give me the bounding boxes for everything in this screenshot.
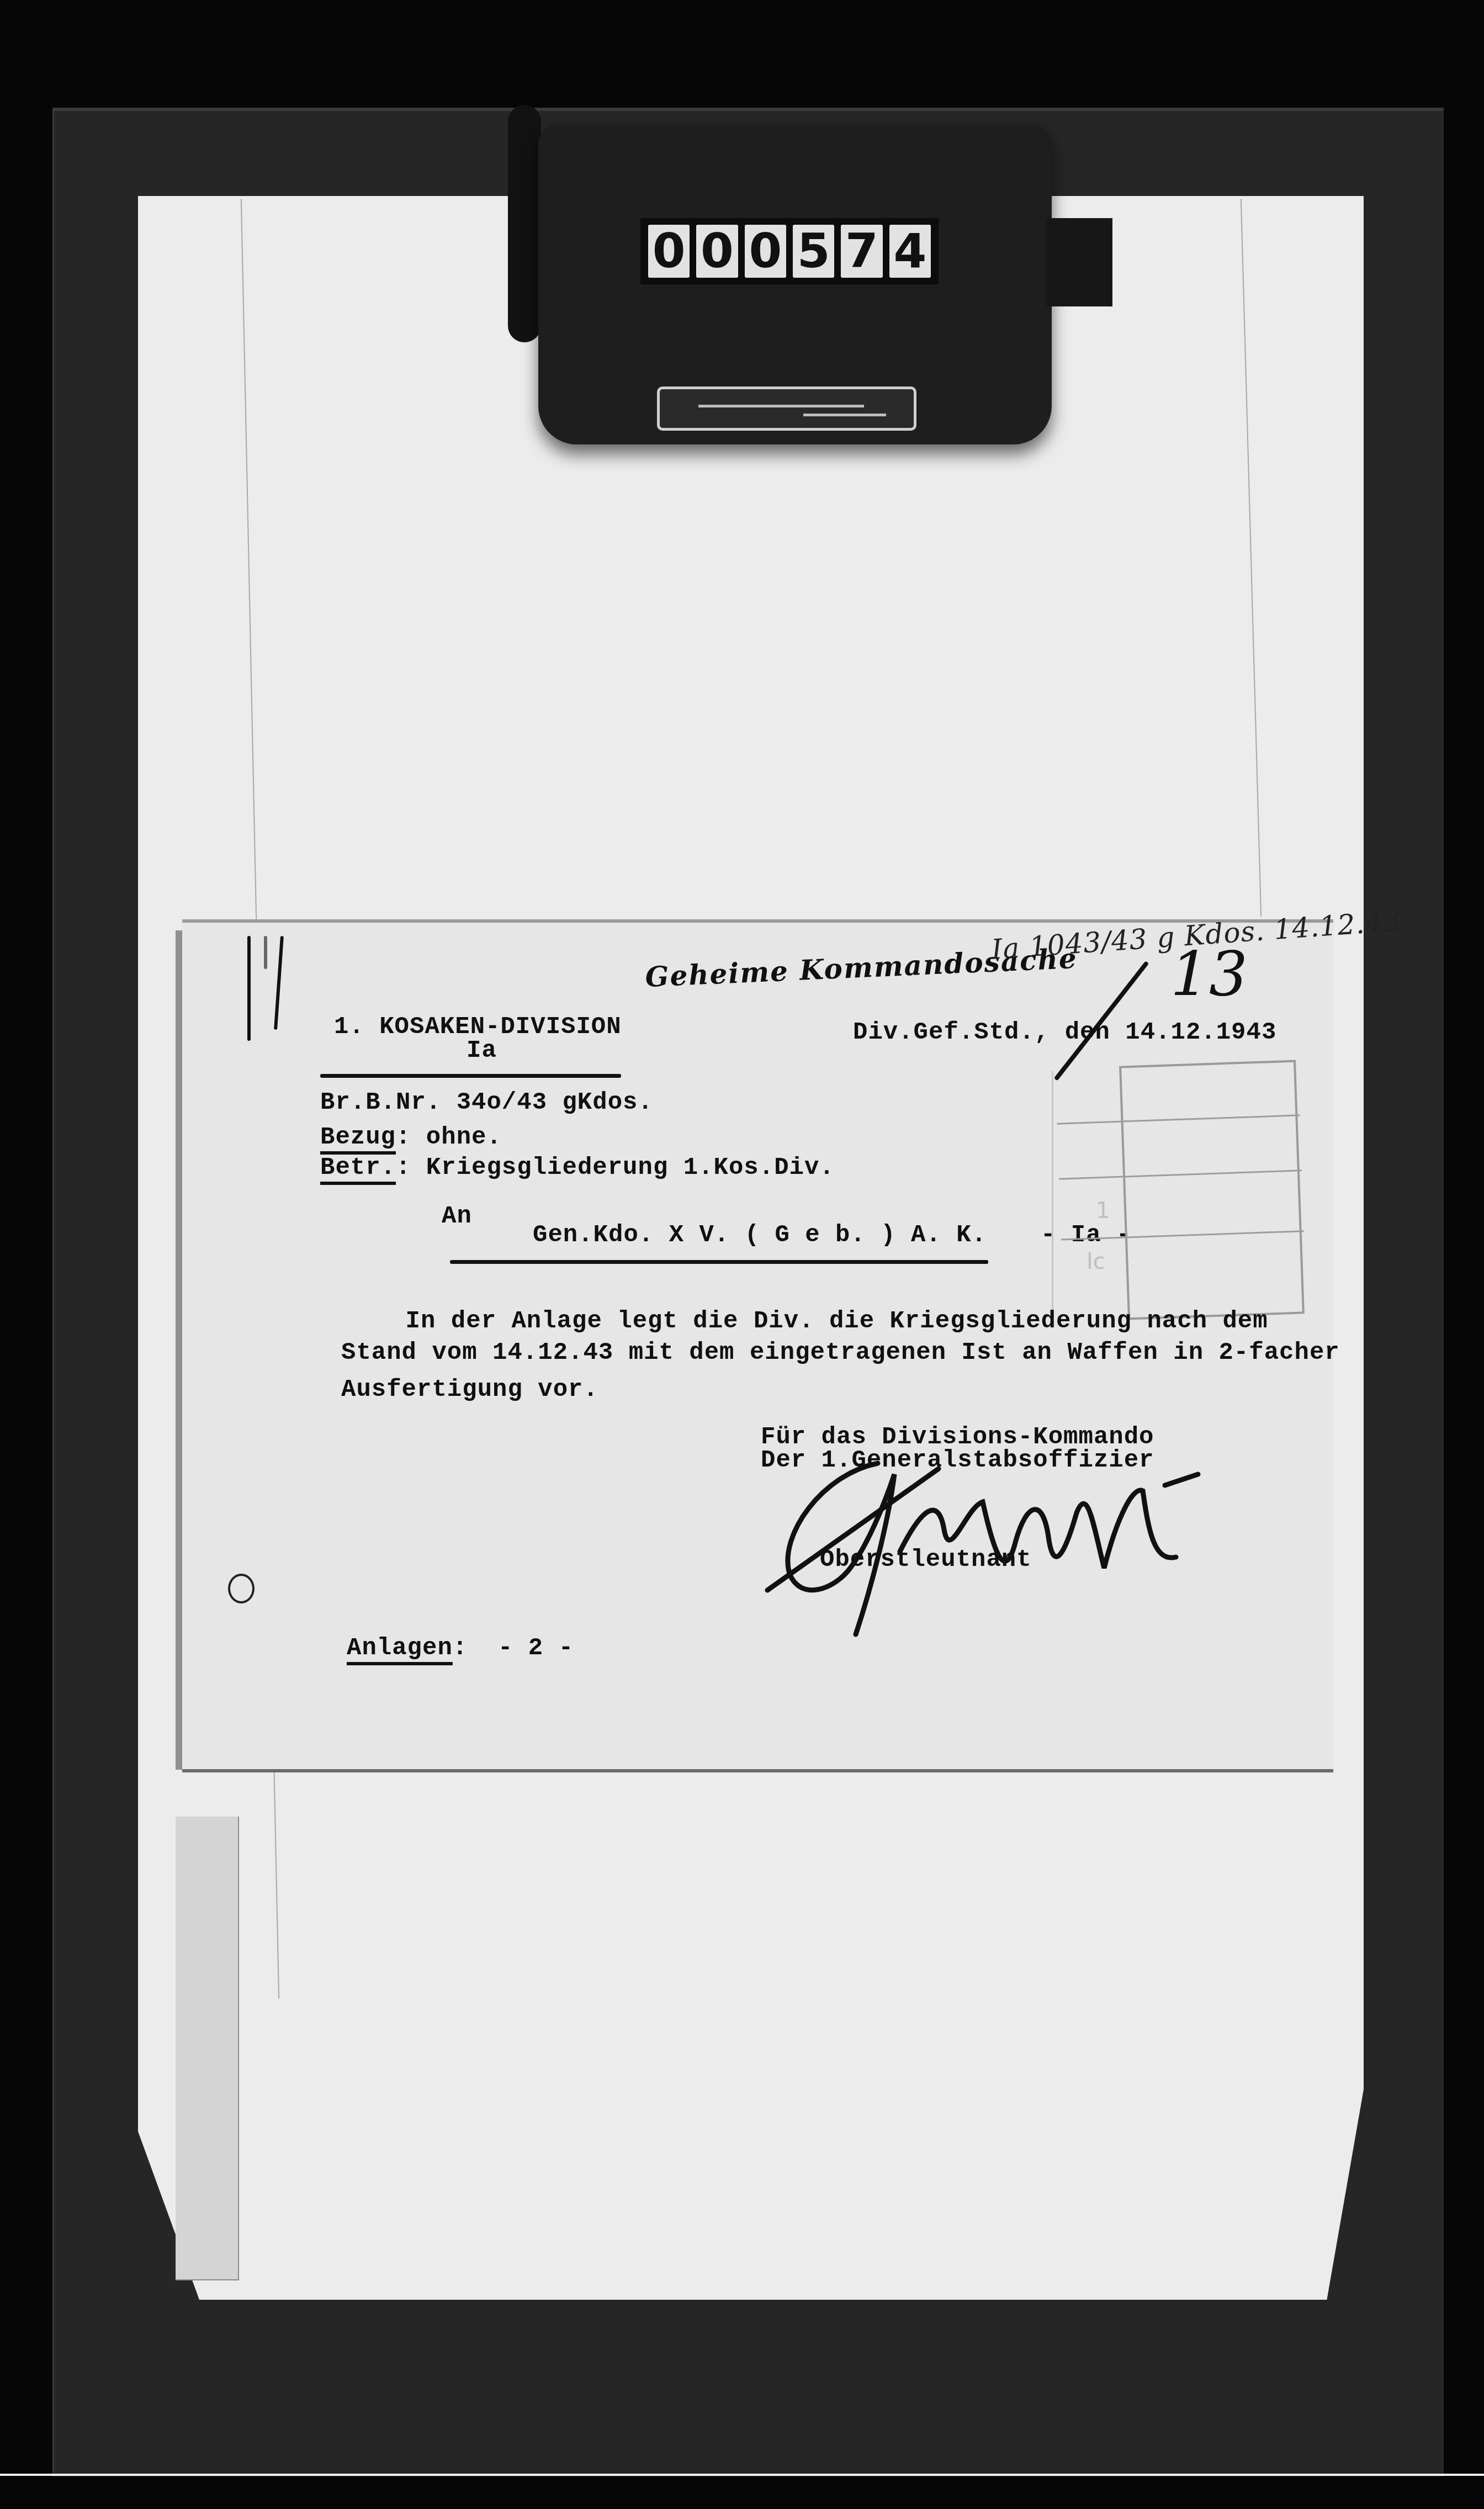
- counter-display: 0 0 0 5 7 4: [640, 218, 939, 284]
- header-rule: [320, 1074, 621, 1078]
- handwritten-page-number: 13: [1170, 939, 1248, 1009]
- an-label: An: [442, 1203, 472, 1230]
- counter-cable: [508, 105, 541, 342]
- punch-hole: [228, 1574, 255, 1603]
- counter-digit: 0: [745, 225, 786, 278]
- body-line: In der Anlage legt die Div. die Kriegsgl…: [345, 1308, 1268, 1335]
- reference-number: Br.B.Nr. 34o/43 gKdos.: [320, 1089, 653, 1116]
- counter-knob: [1046, 218, 1112, 306]
- place-date: Div.Gef.Std., den 14.12.1943: [853, 1019, 1276, 1046]
- counter-digit: 5: [793, 225, 834, 278]
- body-line: Stand vom 14.12.43 mit dem eingetragenen…: [341, 1339, 1340, 1367]
- entry-stamp-mark: 1: [1096, 1198, 1110, 1224]
- recipient: Gen.Kdo. X V. ( G e b. ) A. K.: [533, 1221, 987, 1249]
- anlagen-line: Anlagen: - 2 -: [347, 1634, 574, 1662]
- anlagen-value: : - 2 -: [453, 1634, 574, 1662]
- counter-digit: 7: [841, 225, 882, 278]
- bezug-label: Bezug: [320, 1124, 396, 1151]
- punch-marks: [243, 936, 293, 1046]
- betr-value: : Kriegsgliederung 1.Kos.Div.: [396, 1154, 835, 1182]
- betr-line: Betr.: Kriegsgliederung 1.Kos.Div.: [320, 1154, 835, 1182]
- folder-tab-strip: [176, 1817, 239, 2280]
- recipient-section: - Ia -: [1041, 1221, 1131, 1249]
- nameplate-engraving: [698, 405, 864, 407]
- entry-stamp-mark: Ic: [1086, 1249, 1105, 1274]
- body-line: Ausfertigung vor.: [341, 1376, 598, 1404]
- entry-stamp-edge: [1052, 1071, 1053, 1314]
- betr-label: Betr.: [320, 1154, 396, 1182]
- entry-stamp-box: [1119, 1060, 1305, 1320]
- counter-digit: 4: [889, 225, 931, 278]
- scan-background: 0 0 0 5 7 4 Geheime Kommandosache Ia 104…: [0, 0, 1484, 2509]
- counter-digit: 0: [648, 225, 690, 278]
- counter-nameplate: [657, 387, 916, 431]
- scan-bottom-edge: [0, 2474, 1484, 2476]
- bezug-line: Bezug: ohne.: [320, 1124, 502, 1151]
- nameplate-engraving: [803, 414, 886, 416]
- sender-section: Ia: [467, 1037, 497, 1065]
- counter-digit: 0: [696, 225, 738, 278]
- anlagen-label: Anlagen: [347, 1634, 453, 1662]
- recipient-rule: [450, 1260, 988, 1264]
- handwritten-signature: [756, 1441, 1242, 1640]
- bezug-value: : ohne.: [396, 1124, 502, 1151]
- board-edge: [52, 108, 1444, 111]
